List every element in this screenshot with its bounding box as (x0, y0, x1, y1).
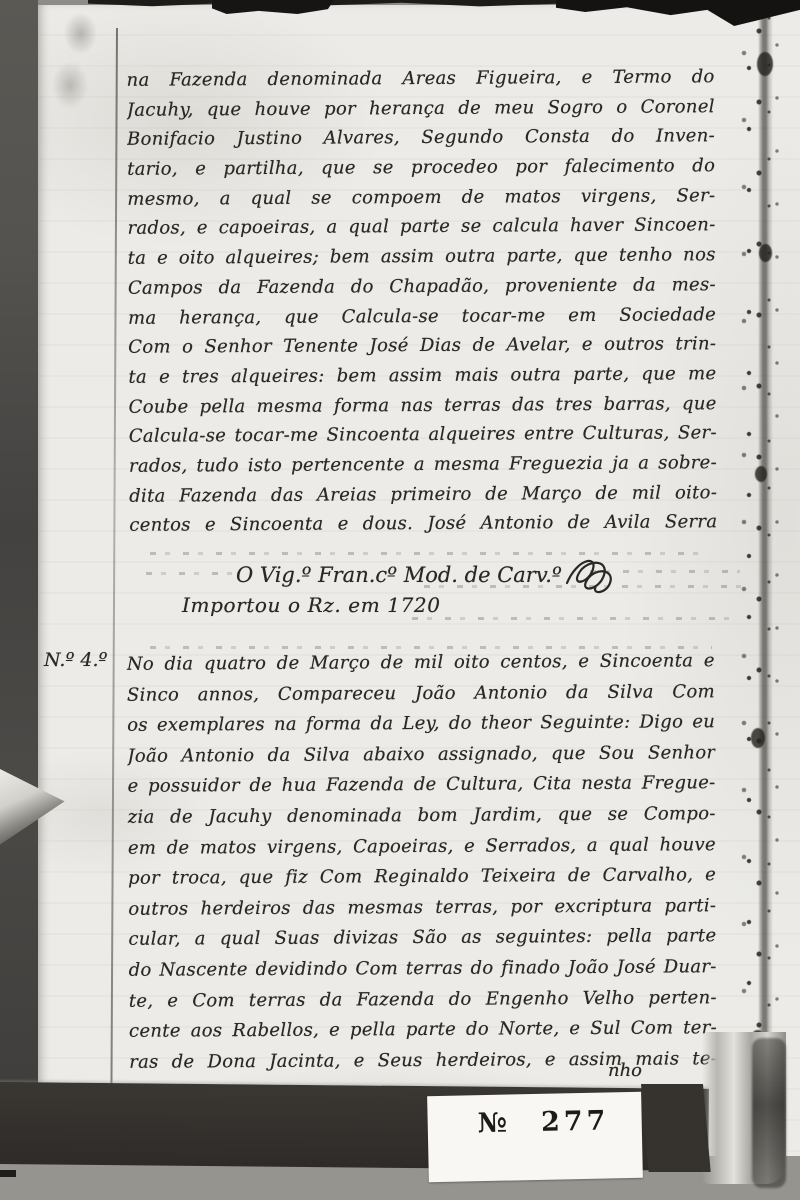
manuscript-line: Bonifacio Justino Alvares, Segundo Const… (127, 122, 715, 155)
manuscript-line: Coube pella mesma forma nas terras das t… (129, 389, 717, 422)
fee-annotation: Importou o Rz. em 1720 (182, 593, 441, 617)
manuscript-line: Calcula-se tocar-me Sincoenta alqueires … (129, 418, 717, 451)
manuscript-line: mesmo, a qual se compoem de matos virgen… (127, 181, 715, 214)
manuscript-line: do Nascente devidindo Com terras do fina… (129, 952, 717, 986)
manuscript-line: os exemplares na forma da Ley, do theor … (127, 707, 715, 741)
manuscript-line: ma herança, que Calcula-se tocar-me em S… (128, 300, 716, 333)
manuscript-line: Com o Senhor Tenente José Dias de Avelar… (128, 329, 716, 362)
bottom-left-mark (0, 1170, 16, 1177)
archival-number: 277 (541, 1105, 610, 1137)
vigario-signature: O Vig.º Fran.cº Mod. de Carv.º (236, 553, 621, 597)
manuscript-line: zia de Jacuhy denominada bom Jardim, que… (128, 799, 716, 833)
manuscript-line: em de matos virgens, Capoeiras, e Serrad… (128, 830, 716, 864)
signature-text: O Vig.º Fran.cº Mod. de Carv.º (236, 563, 562, 587)
bleed-through-row (146, 572, 232, 575)
dark-tape-block (641, 1084, 711, 1172)
numero-sign: № (477, 1108, 507, 1140)
manuscript-line: Sinco annos, Compareceu João Antonio da … (127, 677, 715, 711)
ink-smudge (42, 6, 112, 116)
archival-number-label: № 277 (427, 1092, 643, 1182)
manuscript-line: tario, e partilha, que se procedeo por f… (127, 151, 715, 184)
gutter-ink-stain-band (738, 0, 790, 1148)
bottom-right-stain (752, 1038, 786, 1188)
stain-blob (759, 244, 772, 262)
manuscript-line: ta e tres alqueires: bem assim mais outr… (128, 359, 716, 392)
manuscript-line: rados, e capoeiras, a qual parte se calc… (127, 211, 715, 244)
manuscript-line: Jacuhy, que houve por herança de meu Sog… (127, 92, 715, 125)
manuscript-line: cular, a qual Suas divizas São as seguin… (128, 922, 716, 956)
manuscript-line: na Fazenda denominada Areas Figueira, e … (127, 62, 715, 95)
manuscript-line: centos e Sincoenta e dous. José Antonio … (129, 508, 717, 541)
entry-number-margin: N.º 4.º (44, 649, 108, 671)
manuscript-line: rados, tudo isto pertencente a mesma Fre… (129, 448, 717, 481)
manuscript-block-1: na Fazenda denominada Areas Figueira, e … (127, 62, 718, 541)
manuscript-block-2: No dia quatro de Março de mil oito cento… (127, 646, 718, 1078)
manuscript-line: cente aos Rabellos, e pella parte do Nor… (129, 1013, 717, 1047)
manuscript-line: No dia quatro de Março de mil oito cento… (127, 646, 715, 680)
manuscript-line: dita Fazenda das Areias primeiro de Març… (129, 478, 717, 511)
manuscript-line: por troca, que fiz Com Reginaldo Teixeir… (128, 860, 716, 894)
stain-blob (755, 466, 767, 482)
catchword: nho (608, 1060, 642, 1081)
signature-flourish-icon (563, 553, 621, 597)
left-scan-band (0, 0, 38, 1105)
stain-blob (751, 728, 765, 748)
manuscript-line: outros herdeiros das mesmas terras, por … (128, 891, 716, 925)
manuscript-line: ta e oito alqueires; bem assim outra par… (128, 240, 716, 273)
manuscript-line: e possuidor de hua Fazenda de Cultura, C… (127, 769, 715, 803)
manuscript-line: te, e Com terras da Fazenda do Engenho V… (129, 983, 717, 1017)
manuscript-line: Campos da Fazenda do Chapadão, provenien… (128, 270, 716, 303)
manuscript-line: João Antonio da Silva abaixo assignado, … (127, 738, 715, 772)
stain-blob (757, 52, 773, 76)
bleed-through-row (412, 617, 738, 620)
